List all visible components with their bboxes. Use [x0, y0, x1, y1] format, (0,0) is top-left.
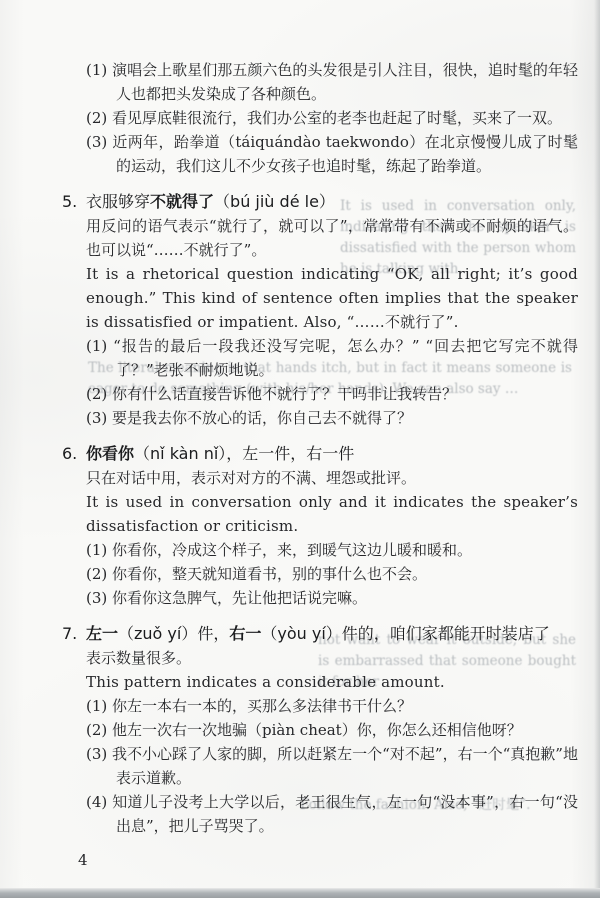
headword-pinyin: （yòu yí）件的，咱们家都能开时装店了: [261, 624, 549, 643]
example-text: 演唱会上歌星们那五颜六色的头发很是引人注目，很快，追时髦的年轻人也都把头发染成了…: [112, 61, 578, 103]
headword-pinyin: （zuǒ yí）件，: [118, 624, 229, 643]
example-item: (2) 你有什么话直接告诉他不就行了？干吗非让我转告？: [86, 382, 578, 406]
example-label: (2): [86, 109, 107, 127]
example-item: (1) 演唱会上歌星们那五颜六色的头发很是引人注目，很快，追时髦的年轻人也都把头…: [86, 58, 578, 106]
example-label: (2): [86, 721, 107, 739]
explanation-chinese: 用反问的语气表示“就行了，就可以了”，常常带有不满或不耐烦的语气。也可以说“………: [86, 214, 578, 262]
headword-bold: 左一: [86, 624, 118, 643]
continued-example-list: (1) 演唱会上歌星们那五颜六色的头发很是引人注目，很快，追时髦的年轻人也都把头…: [86, 58, 578, 178]
example-item: (3) 我不小心踩了人家的脚，所以赶紧左一个“对不起”，右一个“真抱歉”地表示道…: [86, 742, 578, 790]
example-label: (4): [86, 793, 107, 811]
example-item: (1) “报告的最后一段我还没写完呢，怎么办？” “回去把它写完不就得了？”老张…: [86, 334, 578, 382]
example-text: 你左一本右一本的，买那么多法律书干什么？: [112, 697, 412, 715]
textbook-page: It is used in conversation only, indicat…: [0, 0, 600, 898]
example-label: (1): [86, 61, 107, 79]
explanation-english: It is a rhetorical question indicating “…: [86, 262, 578, 334]
page-number: 4: [78, 848, 578, 872]
example-item: (2) 你看你，整天就知道看书，别的事什么也不会。: [86, 562, 578, 586]
headword-regular: 衣服够穿: [86, 192, 150, 211]
section-body: 用反问的语气表示“就行了，就可以了”，常常带有不满或不耐烦的语气。也可以说“………: [86, 214, 578, 430]
page-right-edge-shadow: [594, 0, 600, 898]
example-text: 知道儿子没考上大学以后，老王很生气，左一句“没本事”，右一句“没出息”，把儿子骂…: [112, 793, 578, 835]
example-item: (1) 你左一本右一本的，买那么多法律书干什么？: [86, 694, 578, 718]
section-body: 只在对话中用，表示对对方的不满、埋怨或批评。 It is used in con…: [86, 466, 578, 610]
section-6: 6. 你看你（nǐ kàn nǐ），左一件，右一件 只在对话中用，表示对对方的不…: [62, 441, 578, 610]
example-label: (3): [86, 409, 107, 427]
page-bottom-edge: [0, 888, 600, 898]
example-item: (2) 他左一次右一次地骗（piàn cheat）你，你怎么还相信他呀？: [86, 718, 578, 742]
section-number: 6.: [62, 441, 86, 466]
example-text: 他左一次右一次地骗（piàn cheat）你，你怎么还相信他呀？: [112, 721, 522, 739]
section-7: 7. 左一（zuǒ yí）件，右一（yòu yí）件的，咱们家都能开时装店了 表…: [62, 621, 578, 838]
example-label: (2): [86, 385, 107, 403]
example-item: (3) 要是我去你不放心的话，你自己去不就得了？: [86, 406, 578, 430]
example-item: (4) 知道儿子没考上大学以后，老王很生气，左一句“没本事”，右一句“没出息”，…: [86, 790, 578, 838]
explanation-english: This pattern indicates a considerable am…: [86, 670, 578, 694]
headword-bold: 你看你: [86, 444, 134, 463]
section-title: 你看你（nǐ kàn nǐ），左一件，右一件: [86, 441, 354, 466]
example-text: 你看你这急脾气，先让他把话说完嘛。: [112, 589, 367, 607]
headword-pinyin: （nǐ kàn nǐ），左一件，右一件: [134, 444, 354, 463]
example-label: (1): [86, 541, 107, 559]
section-heading: 6. 你看你（nǐ kàn nǐ），左一件，右一件: [62, 441, 578, 466]
example-text: 要是我去你不放心的话，你自己去不就得了？: [112, 409, 412, 427]
headword-pinyin: （bú jiù dé le）: [214, 192, 335, 211]
example-text: 你看你，整天就知道看书，别的事什么也不会。: [112, 565, 427, 583]
section-number: 7.: [62, 621, 86, 646]
example-text: 我不小心踩了人家的脚，所以赶紧左一个“对不起”，右一个“真抱歉”地表示道歉。: [112, 745, 578, 787]
explanation-chinese: 只在对话中用，表示对对方的不满、埋怨或批评。: [86, 466, 578, 490]
example-text: “报告的最后一段我还没写完呢，怎么办？” “回去把它写完不就得了？”老张不耐烦地…: [113, 337, 578, 379]
section-5: 5. 衣服够穿不就得了（bú jiù dé le） 用反问的语气表示“就行了，就…: [62, 189, 578, 430]
example-item: (3) 近两年，跆拳道（táiquándào taekwondo）在北京慢慢儿成…: [86, 130, 578, 178]
section-heading: 5. 衣服够穿不就得了（bú jiù dé le）: [62, 189, 578, 214]
explanation-english: It is used in conversation only and it i…: [86, 490, 578, 538]
headword-bold: 不就得了: [150, 192, 214, 211]
example-item: (1) 你看你，冷成这个样子，来，到暖气这边儿暖和暖和。: [86, 538, 578, 562]
example-text: 看见厚底鞋很流行，我们办公室的老李也赶起了时髦，买来了一双。: [112, 109, 562, 127]
section-number: 5.: [62, 189, 86, 214]
section-body: 表示数量很多。 This pattern indicates a conside…: [86, 646, 578, 838]
page-content: (1) 演唱会上歌星们那五颜六色的头发很是引人注目，很快，追时髦的年轻人也都把头…: [62, 58, 578, 872]
example-label: (2): [86, 565, 107, 583]
example-text: 你看你，冷成这个样子，来，到暖气这边儿暖和暖和。: [112, 541, 472, 559]
example-text: 近两年，跆拳道（táiquándào taekwondo）在北京慢慢儿成了时髦的…: [112, 133, 578, 175]
explanation-chinese: 表示数量很多。: [86, 646, 578, 670]
section-title: 左一（zuǒ yí）件，右一（yòu yí）件的，咱们家都能开时装店了: [86, 621, 550, 646]
example-label: (1): [86, 697, 107, 715]
example-item: (2) 看见厚底鞋很流行，我们办公室的老李也赶起了时髦，买来了一双。: [86, 106, 578, 130]
section-title: 衣服够穿不就得了（bú jiù dé le）: [86, 189, 335, 214]
example-label: (3): [86, 745, 107, 763]
example-item: (3) 你看你这急脾气，先让他把话说完嘛。: [86, 586, 578, 610]
example-label: (3): [86, 589, 107, 607]
headword-bold: 右一: [229, 624, 261, 643]
example-label: (3): [86, 133, 107, 151]
section-heading: 7. 左一（zuǒ yí）件，右一（yòu yí）件的，咱们家都能开时装店了: [62, 621, 578, 646]
example-text: 你有什么话直接告诉他不就行了？干吗非让我转告？: [112, 385, 457, 403]
example-label: (1): [86, 337, 107, 355]
